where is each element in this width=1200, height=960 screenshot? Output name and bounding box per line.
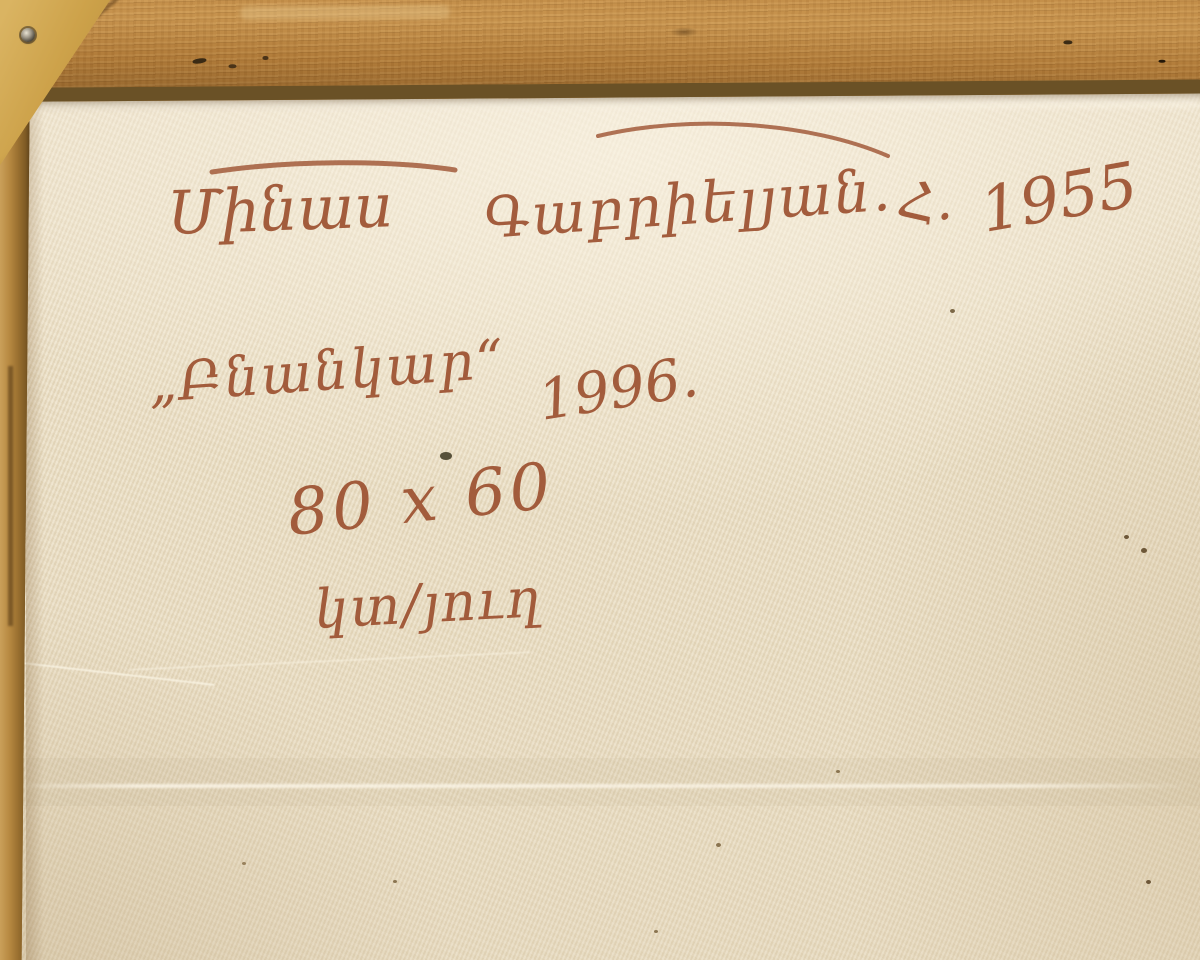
wood-light-streak: [240, 5, 450, 20]
surname-flourish-stroke: [598, 124, 888, 156]
inscription-title-year: 1996.: [534, 345, 703, 434]
signature-underline-stroke: [212, 163, 455, 172]
inscription-artist-name: Գաբրիելյան.: [481, 158, 894, 252]
wood-mark: [1159, 60, 1166, 63]
wood-mark: [229, 64, 237, 68]
wood-mark: [192, 57, 207, 64]
inscription-dimensions: 80 x 60: [284, 449, 558, 551]
corner-screw: [21, 28, 35, 42]
wood-mark: [262, 56, 268, 60]
inscription-title: „Բնանկար“: [147, 327, 508, 415]
wood-dark-streak: [8, 366, 13, 626]
inscription-initial: Հ.: [893, 168, 955, 237]
inscription-signature: Մինաս: [166, 171, 394, 249]
painting-back-photo: Մինաս Գաբրիելյան. Հ. 1955 „Բնանկար“ 1996…: [0, 0, 1200, 960]
left-bar-shadow: [26, 80, 44, 960]
wood-knot: [670, 27, 698, 37]
stretcher-bar-top: [0, 0, 1200, 102]
wood-mark: [1063, 40, 1072, 44]
inscription-media: կտ/յուղ: [312, 566, 543, 641]
handwritten-inscriptions: Մինաս Գաբրիելյան. Հ. 1955 „Բնանկար“ 1996…: [0, 0, 1200, 960]
inscription-year-signed: 1955: [975, 147, 1143, 246]
